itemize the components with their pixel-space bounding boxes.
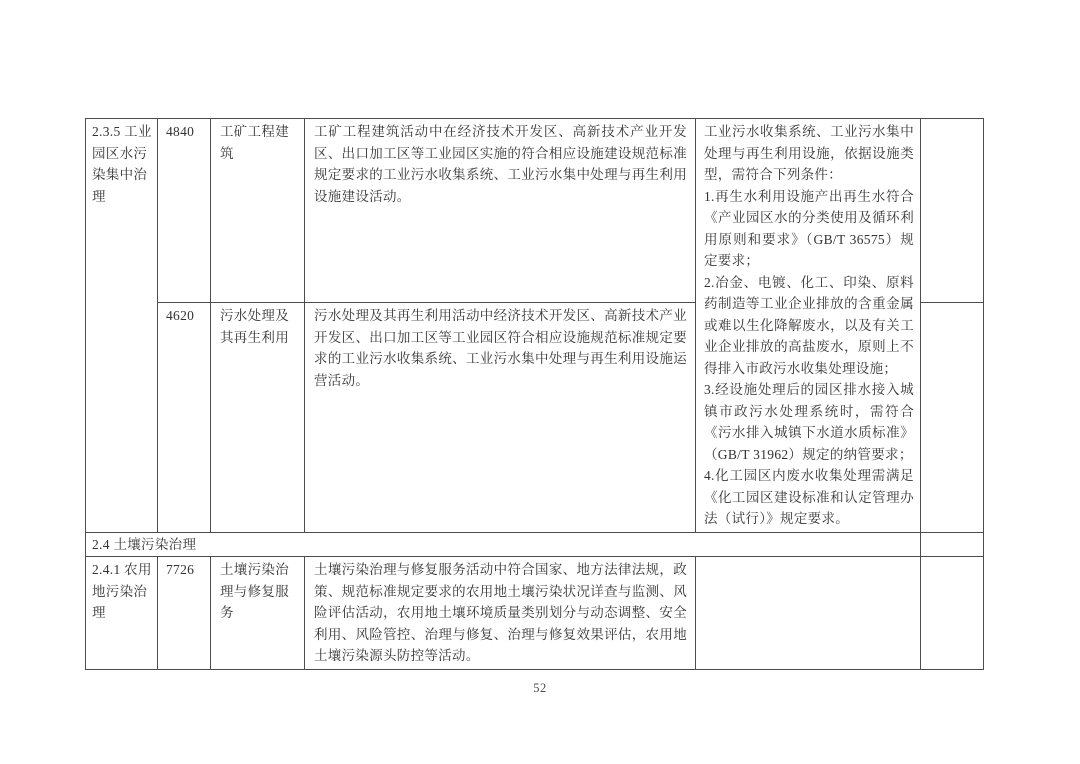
industry-name-cell: 污水处理及其再生利用 [211, 303, 305, 532]
description-cell: 污水处理及其再生利用活动中经济技术开发区、高新技术产业开发区、出口加工区等工业园… [305, 303, 696, 532]
industry-code-cell: 4840 [158, 119, 211, 303]
section-header-cell: 2.4 土壤污染治理 [86, 532, 921, 557]
notes-cell [921, 303, 984, 532]
notes-cell [921, 557, 984, 670]
notes-cell [921, 119, 984, 303]
conditions-cell [696, 557, 921, 670]
industry-name-cell: 工矿工程建筑 [211, 119, 305, 303]
conditions-cell: 工业污水收集系统、工业污水集中处理与再生利用设施，依据设施类型，需符合下列条件：… [696, 119, 921, 533]
industry-name-cell: 土壤污染治理与修复服务 [211, 557, 305, 670]
description-cell: 土壤污染治理与修复服务活动中符合国家、地方法律法规，政策、规范标准规定要求的农用… [305, 557, 696, 670]
description-cell: 工矿工程建筑活动中在经济技术开发区、高新技术产业开发区、出口加工区等工业园区实施… [305, 119, 696, 303]
table-row: 2.4.1 农用地污染治理 7726 土壤污染治理与修复服务 土壤污染治理与修复… [86, 557, 984, 670]
industry-code-cell: 4620 [158, 303, 211, 532]
classification-table: 2.3.5 工业园区水污染集中治理 4840 工矿工程建筑 工矿工程建筑活动中在… [85, 118, 984, 670]
industry-code-cell: 7726 [158, 557, 211, 670]
table-row: 2.3.5 工业园区水污染集中治理 4840 工矿工程建筑 工矿工程建筑活动中在… [86, 119, 984, 303]
section-header-row: 2.4 土壤污染治理 [86, 532, 984, 557]
page-number: 52 [0, 681, 1080, 696]
category-cell: 2.3.5 工业园区水污染集中治理 [86, 119, 158, 533]
category-cell: 2.4.1 农用地污染治理 [86, 557, 158, 670]
notes-cell [921, 532, 984, 557]
